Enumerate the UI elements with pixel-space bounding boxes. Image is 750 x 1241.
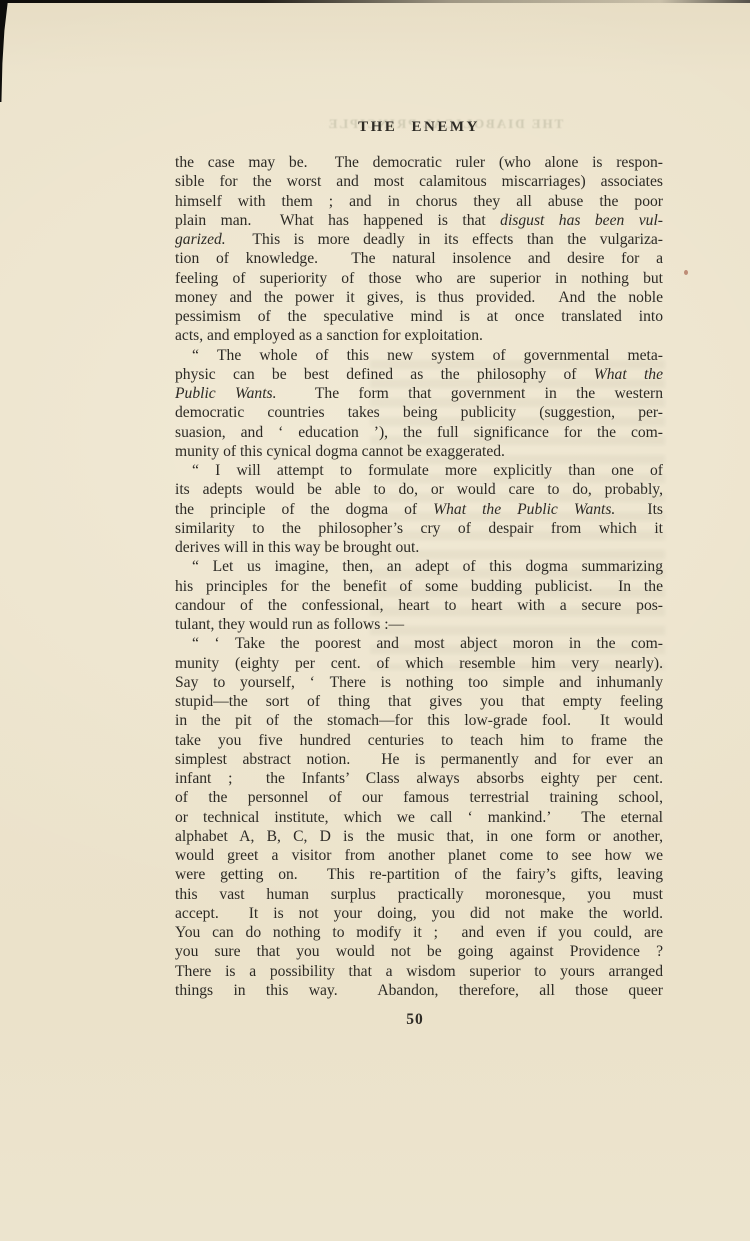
text-segment: this vast human surplus practically moro…	[175, 886, 663, 903]
text-segment: things in this way. Abandon, therefore, …	[175, 982, 663, 999]
text-line: money and the power it gives, is thus pr…	[175, 288, 663, 307]
text-line: plain man. What has happened is that dis…	[175, 211, 663, 230]
text-line: of the personnel of our famous terrestri…	[175, 788, 663, 807]
text-line: munity of this cynical dogma cannot be e…	[175, 442, 663, 461]
text-segment: infant ; the Infants’ Class always absor…	[175, 770, 663, 787]
text-segment: tulant, they would run as follows :—	[175, 616, 404, 633]
text-segment: suasion, and ‘ education ’), the full si…	[175, 424, 663, 441]
text-segment: pessimism of the speculative mind is at …	[175, 308, 663, 325]
text-segment: sible for the worst and most calamitous …	[175, 173, 663, 190]
text-segment: himself with them ; and in chorus they a…	[175, 193, 663, 210]
text-line: alphabet A, B, C, D is the music that, i…	[175, 827, 663, 846]
text-segment: or technical institute, which we call ‘ …	[175, 809, 663, 826]
text-line: stupid—the sort of thing that gives you …	[175, 692, 663, 711]
text-line: things in this way. Abandon, therefore, …	[175, 981, 663, 1000]
text-line: pessimism of the speculative mind is at …	[175, 307, 663, 326]
paragraph: “ Let us imagine, then, an adept of this…	[175, 557, 663, 634]
text-line: “ I will attempt to formulate more expli…	[175, 461, 663, 480]
text-line: were getting on. This re-partition of th…	[175, 865, 663, 884]
text-segment: “ ‘ Take the poorest and most abject mor…	[192, 635, 663, 652]
paragraph: “ ‘ Take the poorest and most abject mor…	[175, 634, 663, 1000]
text-segment: tion of knowledge. The natural insolence…	[175, 250, 663, 267]
text-segment: acts, and employed as a sanction for exp…	[175, 327, 483, 344]
text-segment: similarity to the philosopher’s cry of d…	[175, 520, 663, 537]
text-segment: candour of the confessional, heart to he…	[175, 597, 663, 614]
text-segment: you sure that you would not be going aga…	[175, 943, 663, 960]
text-segment: plain man. What has happened is that	[175, 212, 500, 229]
text-line: accept. It is not your doing, you did no…	[175, 904, 663, 923]
text-segment: alphabet A, B, C, D is the music that, i…	[175, 828, 663, 845]
text-segment: take you five hundred centuries to teach…	[175, 732, 663, 749]
italic-text: Public Wants.	[175, 385, 277, 402]
text-line: feeling of superiority of those who are …	[175, 269, 663, 288]
text-line: this vast human surplus practically moro…	[175, 885, 663, 904]
text-segment: money and the power it gives, is thus pr…	[175, 289, 663, 306]
paper-speck	[684, 270, 688, 275]
italic-text: garized.	[175, 231, 226, 248]
text-line: his principles for the benefit of some b…	[175, 577, 663, 596]
text-line: take you five hundred centuries to teach…	[175, 731, 663, 750]
text-line: himself with them ; and in chorus they a…	[175, 192, 663, 211]
text-line: derives will in this way be brought out.	[175, 538, 663, 557]
text-line: sible for the worst and most calamitous …	[175, 172, 663, 191]
text-segment: derives will in this way be brought out.	[175, 539, 419, 556]
text-segment: Say to yourself, ‘ There is nothing too …	[175, 674, 663, 691]
text-segment: This is more deadly in its effects than …	[226, 231, 663, 248]
scan-edge-top	[0, 0, 750, 3]
text-segment: were getting on. This re-partition of th…	[175, 866, 663, 883]
text-line: its adepts would be able to do, or would…	[175, 480, 663, 499]
italic-text: What the	[594, 366, 663, 383]
book-page-scan: { "page": { "running_header": "THE ENEMY…	[0, 0, 750, 1241]
text-line: candour of the confessional, heart to he…	[175, 596, 663, 615]
text-line: Public Wants. The form that government i…	[175, 384, 663, 403]
text-segment: of the personnel of our famous terrestri…	[175, 789, 663, 806]
scan-edge-left	[0, 0, 8, 102]
text-line: Say to yourself, ‘ There is nothing too …	[175, 673, 663, 692]
text-line: the principle of the dogma of What the P…	[175, 500, 663, 519]
text-segment: There is a possibility that a wisdom sup…	[175, 963, 663, 980]
text-segment: feeling of superiority of those who are …	[175, 270, 663, 287]
paragraph: the case may be. The democratic ruler (w…	[175, 153, 663, 346]
text-segment: his principles for the benefit of some b…	[175, 578, 663, 595]
paragraph: “ I will attempt to formulate more expli…	[175, 461, 663, 557]
text-segment: in the pit of the stomach—for this low-g…	[175, 712, 663, 729]
text-segment: democratic countries takes being publici…	[175, 404, 663, 421]
body-text: the case may be. The democratic ruler (w…	[175, 153, 663, 1000]
text-line: the case may be. The democratic ruler (w…	[175, 153, 663, 172]
text-segment: “ I will attempt to formulate more expli…	[192, 462, 663, 479]
text-segment: the principle of the dogma of	[175, 501, 433, 518]
text-segment: physic can be best defined as the philos…	[175, 366, 594, 383]
italic-text: What the Public Wants.	[433, 501, 615, 518]
text-line: “ ‘ Take the poorest and most abject mor…	[175, 634, 663, 653]
text-segment: its adepts would be able to do, or would…	[175, 481, 663, 498]
page-number: 50	[176, 1011, 654, 1029]
paragraph: “ The whole of this new system of govern…	[175, 346, 663, 462]
text-line: or technical institute, which we call ‘ …	[175, 808, 663, 827]
text-segment: munity of this cynical dogma cannot be e…	[175, 443, 505, 460]
text-line: simplest abstract notion. He is permanen…	[175, 750, 663, 769]
text-segment: “ The whole of this new system of govern…	[192, 347, 663, 364]
text-line: would greet a visitor from another plane…	[175, 846, 663, 865]
text-line: There is a possibility that a wisdom sup…	[175, 962, 663, 981]
text-line: You can do nothing to modify it ; and ev…	[175, 923, 663, 942]
text-line: “ Let us imagine, then, an adept of this…	[175, 557, 663, 576]
text-segment: accept. It is not your doing, you did no…	[175, 905, 663, 922]
text-line: garized. This is more deadly in its effe…	[175, 230, 663, 249]
text-line: physic can be best defined as the philos…	[175, 365, 663, 384]
text-line: similarity to the philosopher’s cry of d…	[175, 519, 663, 538]
text-segment: the case may be. The democratic ruler (w…	[175, 154, 663, 171]
text-line: tulant, they would run as follows :—	[175, 615, 663, 634]
text-line: tion of knowledge. The natural insolence…	[175, 249, 663, 268]
text-line: infant ; the Infants’ Class always absor…	[175, 769, 663, 788]
text-segment: stupid—the sort of thing that gives you …	[175, 693, 663, 710]
text-line: democratic countries takes being publici…	[175, 403, 663, 422]
text-line: “ The whole of this new system of govern…	[175, 346, 663, 365]
text-line: in the pit of the stomach—for this low-g…	[175, 711, 663, 730]
text-segment: You can do nothing to modify it ; and ev…	[175, 924, 663, 941]
running-header: THE ENEMY	[176, 119, 662, 136]
text-line: you sure that you would not be going aga…	[175, 942, 663, 961]
text-line: acts, and employed as a sanction for exp…	[175, 326, 663, 345]
text-line: munity (eighty per cent. of which resemb…	[175, 654, 663, 673]
text-segment: simplest abstract notion. He is permanen…	[175, 751, 663, 768]
text-line: suasion, and ‘ education ’), the full si…	[175, 423, 663, 442]
italic-text: disgust has been vul-	[500, 212, 663, 229]
text-segment: Its	[615, 501, 663, 518]
text-segment: The form that government in the western	[277, 385, 664, 402]
text-segment: “ Let us imagine, then, an adept of this…	[192, 558, 663, 575]
text-segment: munity (eighty per cent. of which resemb…	[175, 655, 663, 672]
text-segment: would greet a visitor from another plane…	[175, 847, 663, 864]
